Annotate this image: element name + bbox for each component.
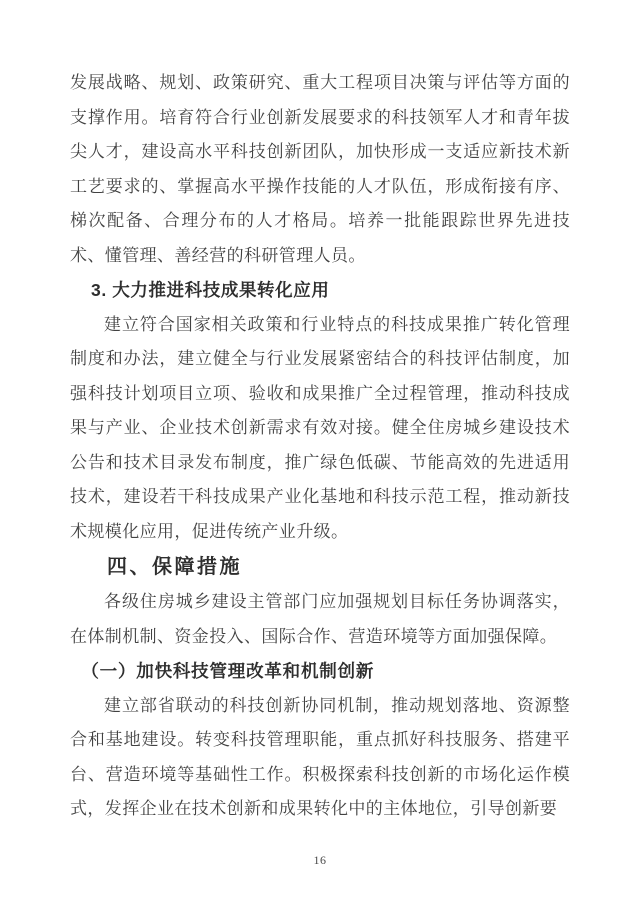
document-page: 发展战略、规划、政策研究、重大工程项目决策与评估等方面的支撑作用。培育符合行业创… [0,0,640,906]
paragraph-tech-transfer-measures: 建立符合国家相关政策和行业特点的科技成果推广转化管理制度和办法，建立健全与行业发… [70,308,570,550]
document-body: 发展战略、规划、政策研究、重大工程项目决策与评估等方面的支撑作用。培育符合行业创… [70,66,570,827]
paragraph-management-reform: 建立部省联动的科技创新协同机制，推动规划落地、资源整合和基地建设。转变科技管理职… [70,689,570,827]
paragraph-safeguard-overview: 各级住房城乡建设主管部门应加强规划目标任务协调落实，在体制机制、资金投入、国际合… [70,585,570,654]
heading-3-promote-tech-transfer: 3. 大力推进科技成果转化应用 [70,273,570,308]
heading-4-safeguard-measures: 四、保障措施 [70,549,570,585]
page-number: 16 [0,853,640,868]
heading-1-management-reform: （一）加快科技管理改革和机制创新 [70,654,570,689]
paragraph-talent-development: 发展战略、规划、政策研究、重大工程项目决策与评估等方面的支撑作用。培育符合行业创… [70,66,570,273]
